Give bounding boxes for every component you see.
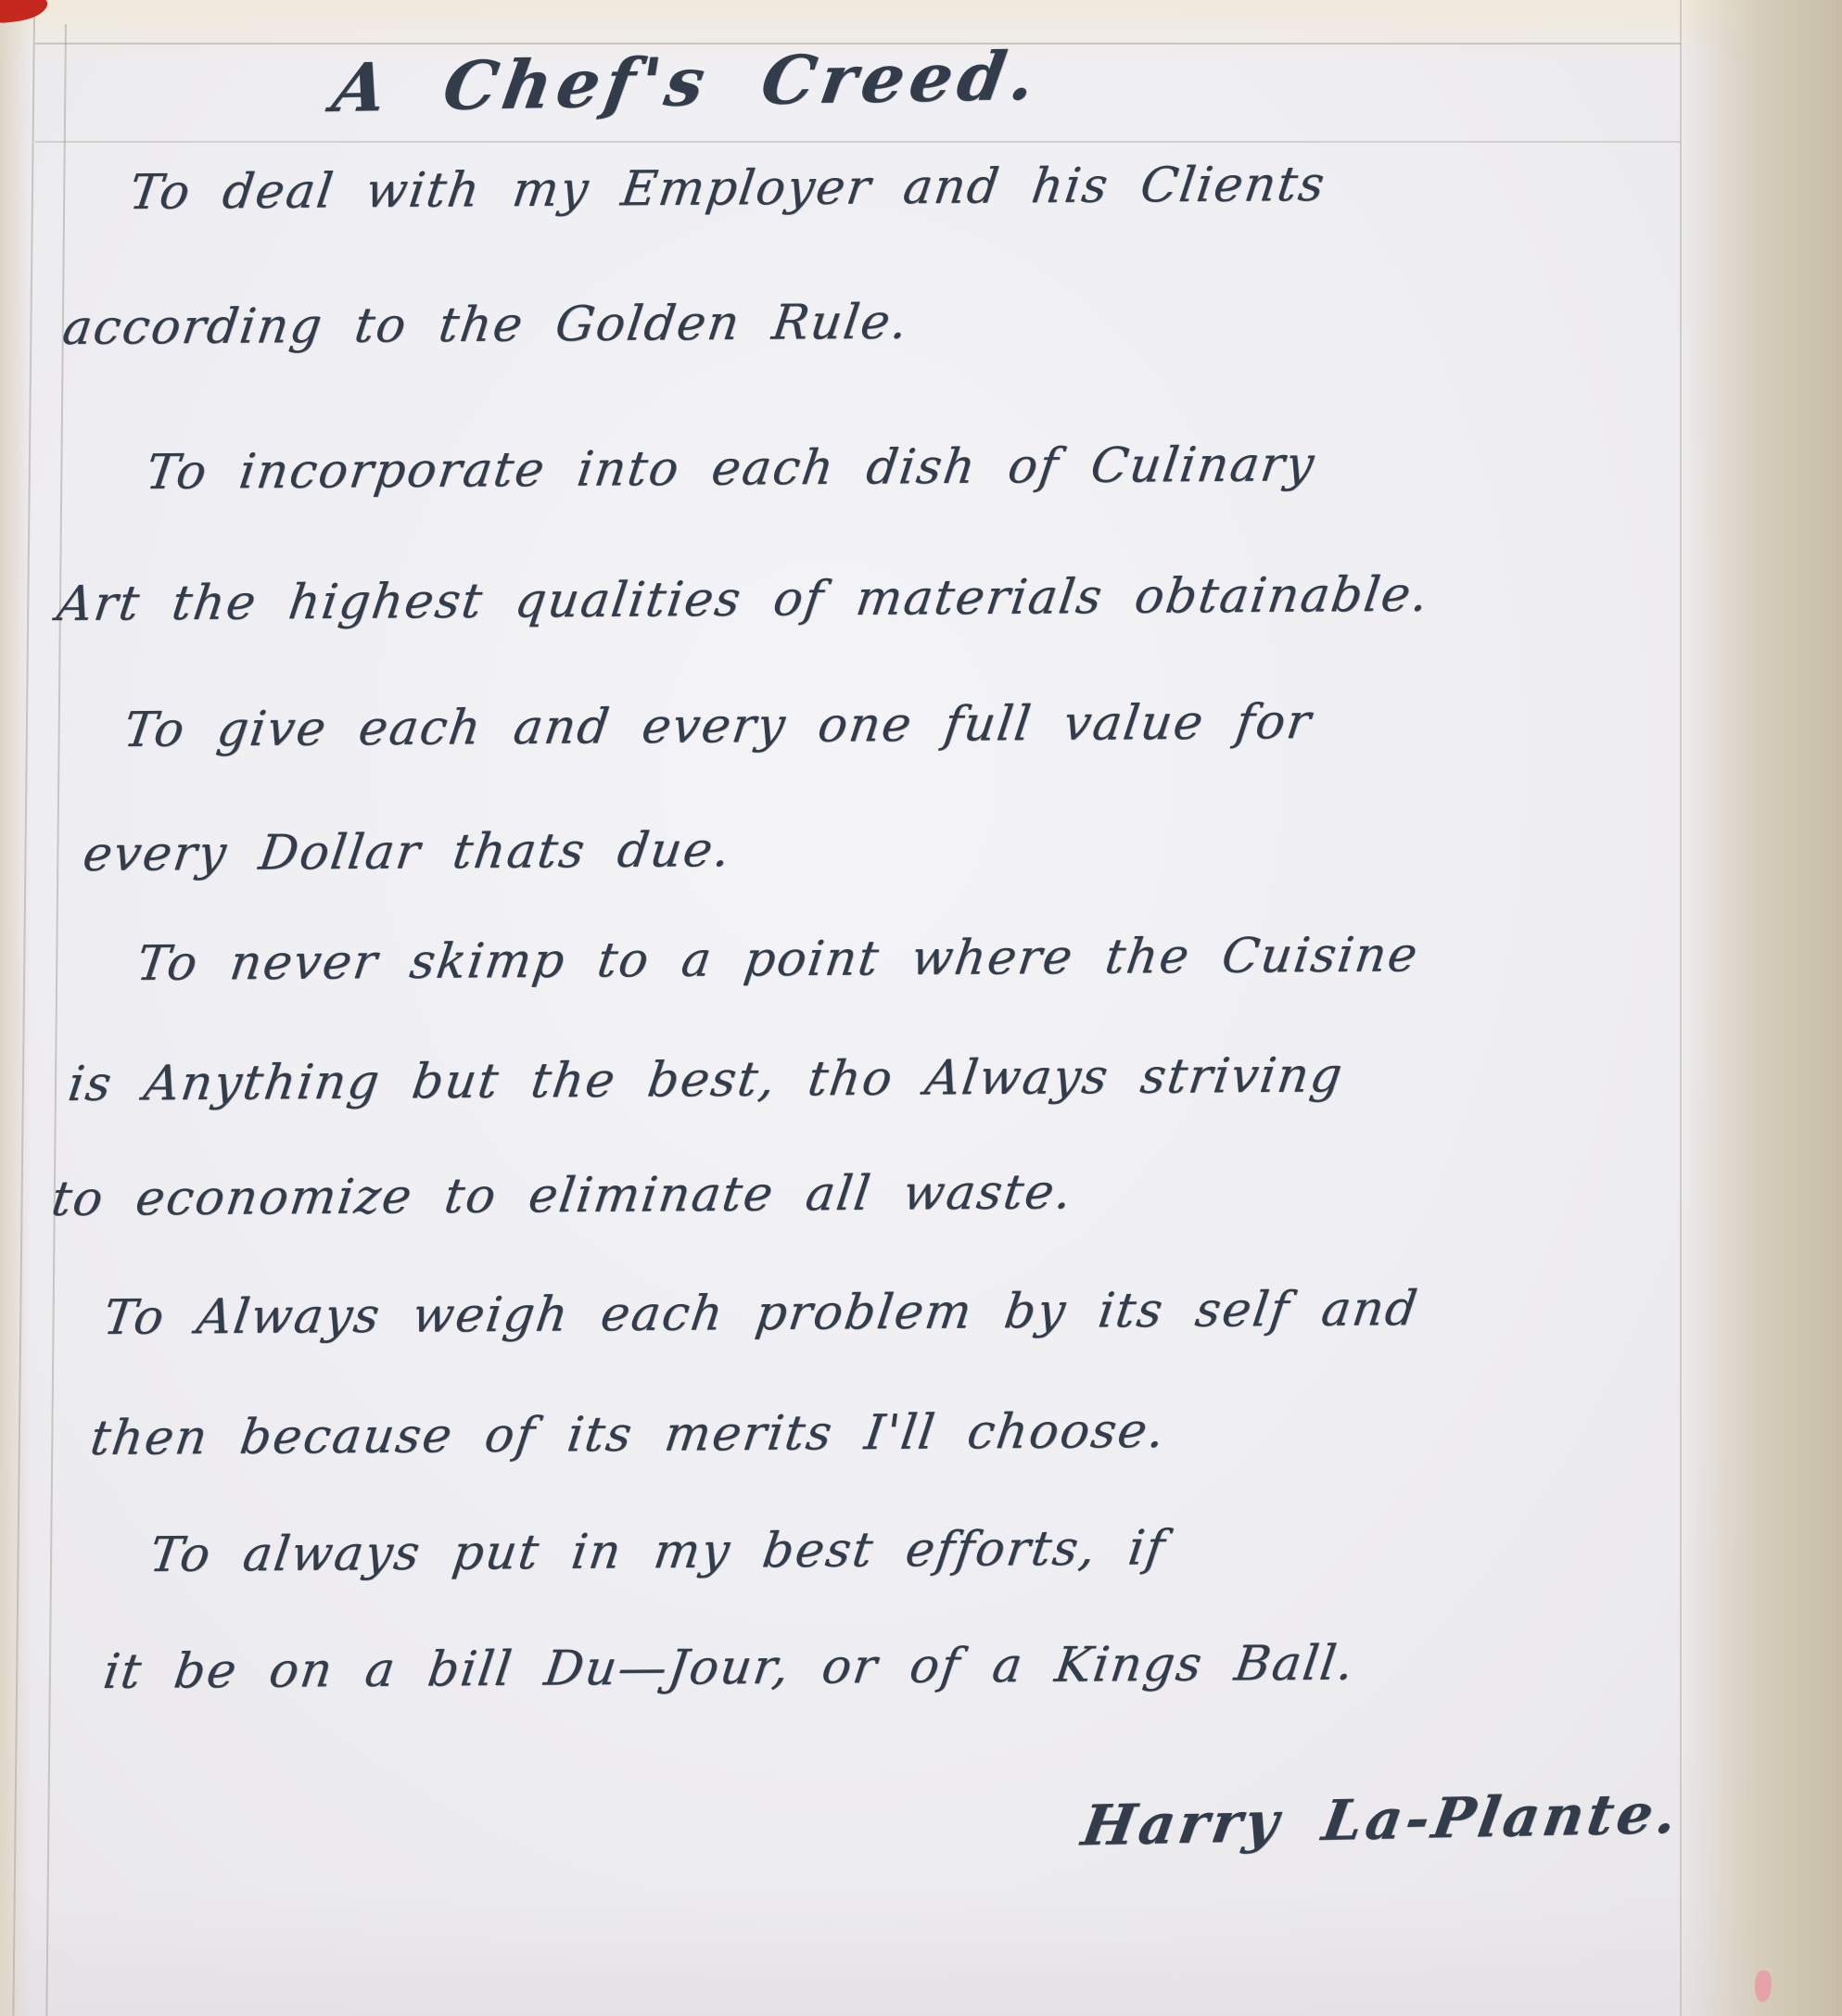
text-line: To never skimp to a point where the Cuis…: [133, 927, 1422, 992]
text-line: according to the Golden Rule.: [59, 295, 912, 356]
red-corner-mark: [0, 0, 49, 24]
text-line: To Always weigh each problem by its self…: [100, 1281, 1422, 1346]
text-line: is Anything but the best, tho Always str…: [65, 1047, 1347, 1112]
text-line: to economize to eliminate all waste.: [48, 1164, 1076, 1227]
text-line: Art the highest qualities of materials o…: [54, 567, 1433, 632]
text-line: To always put in my best efforts, if: [146, 1520, 1169, 1583]
page-title: A Chef's Creed.: [327, 36, 1046, 127]
text-line: every Dollar thats due.: [80, 822, 735, 882]
text-line: To incorporate into each dish of Culinar…: [143, 437, 1319, 501]
signature: Harry La-Plante.: [1078, 1781, 1685, 1858]
ruled-margin-right: [1680, 0, 1682, 2016]
text-line: it be on a bill Du—Jour, or of a Kings B…: [100, 1636, 1358, 1700]
manuscript-page: A Chef's Creed. To deal with my Employer…: [0, 0, 1842, 2016]
text-line: To give each and every one full value fo…: [121, 694, 1315, 758]
text-line: then because of its merits I'll choose.: [87, 1403, 1169, 1466]
ruled-line-header: [35, 141, 1681, 143]
pink-edge-mark: [1755, 1971, 1772, 2002]
ruled-margin-left-outer: [12, 13, 35, 2016]
text-line: To deal with my Employer and his Clients: [126, 157, 1329, 221]
